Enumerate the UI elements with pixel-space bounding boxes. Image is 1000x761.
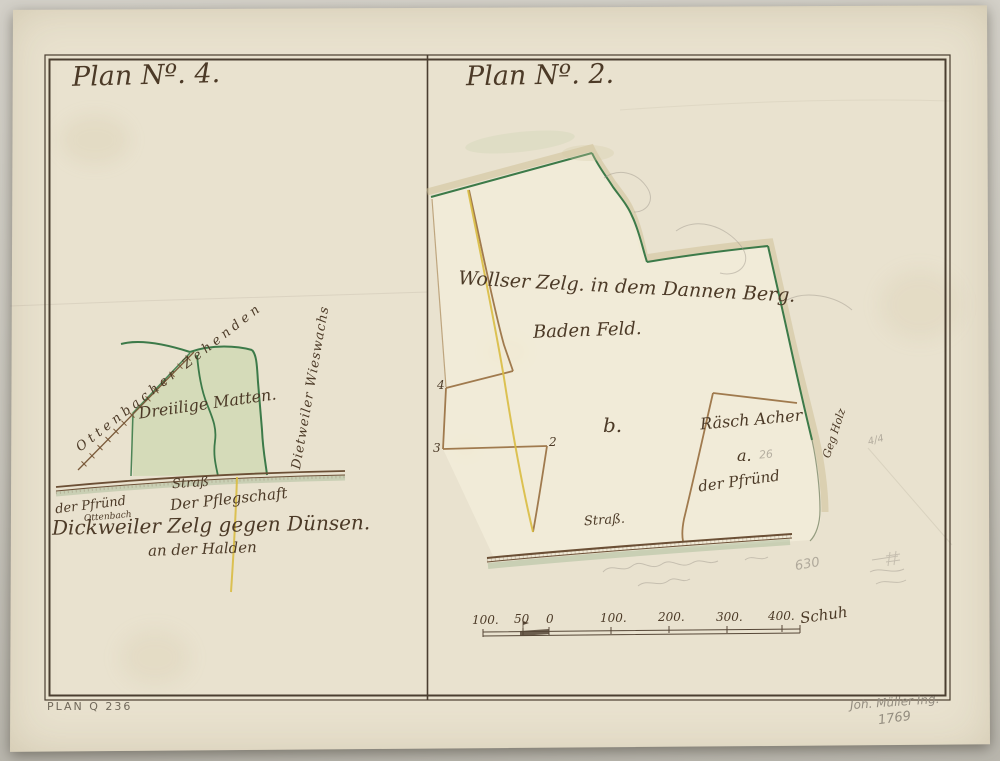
right-field-label: Baden Feld. bbox=[533, 320, 642, 342]
scale-tick-label: 300. bbox=[716, 611, 743, 623]
caption-main: Dickweiler Zelg gegen Dünsen. bbox=[52, 512, 371, 538]
caption-sub: an der Halden bbox=[148, 540, 257, 559]
scale-tick-label: 200. bbox=[658, 611, 685, 623]
paper-sheet bbox=[0, 0, 1000, 761]
scanned-map-sheet: Plan Nº. 4. Plan Nº. 2. Ottenbacher Zehe… bbox=[0, 0, 1000, 761]
right-road-label: Straß. bbox=[584, 513, 626, 529]
corner-number-4: 4 bbox=[437, 379, 445, 391]
marker-a: a. bbox=[737, 448, 752, 464]
paper-shadow bbox=[0, 0, 1000, 761]
corner-number-3: 3 bbox=[433, 442, 441, 454]
right-panel-title: Plan Nº. 2. bbox=[466, 61, 615, 91]
scale-tick-label: 400. bbox=[768, 610, 795, 622]
scale-tick-label: 100. bbox=[600, 612, 627, 624]
left-road-label: Straß bbox=[172, 476, 210, 492]
scale-tick-label: 0 bbox=[546, 613, 554, 625]
scale-tick-label: 50 bbox=[514, 613, 529, 625]
marker-b: b. bbox=[603, 415, 622, 435]
corner-number-2: 2 bbox=[549, 436, 557, 448]
scale-tick-label: 100. bbox=[472, 614, 499, 626]
pencil-note-26: 26 bbox=[759, 448, 774, 460]
archive-number: PLAN Q 236 bbox=[47, 701, 132, 712]
left-panel-title: Plan Nº. 4. bbox=[72, 60, 221, 91]
